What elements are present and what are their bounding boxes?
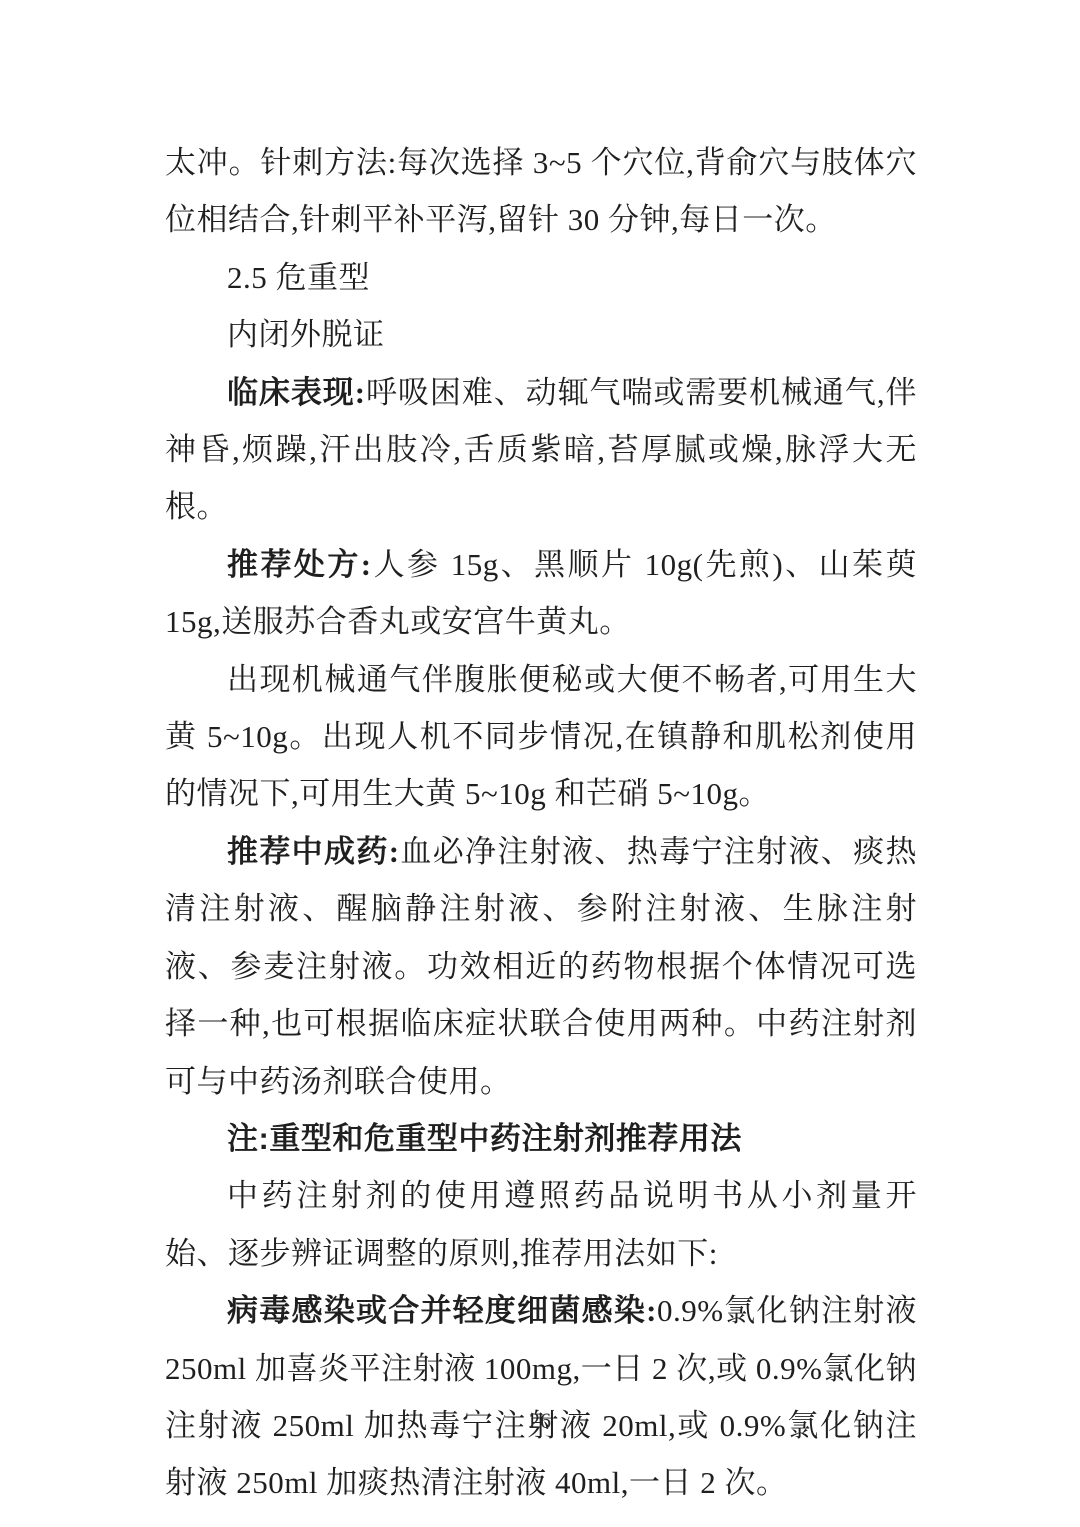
heading-text: 注:重型和危重型中药注射剂推荐用法 xyxy=(227,1121,742,1156)
paragraph-text: 中药注射剂的使用遵照药品说明书从小剂量开始、逐步辨证调整的原则,推荐用法如下: xyxy=(165,1178,917,1270)
paragraph-label: 病毒感染或合并轻度细菌感染: xyxy=(227,1293,657,1328)
page-number: 26 xyxy=(0,1408,1080,1434)
paragraph-text: 太冲。针刺方法:每次选择 3~5 个穴位,背俞穴与肢体穴位相结合,针刺平补平泻,… xyxy=(165,145,917,237)
paragraph-mechanical-ventilation-note: 出现机械通气伴腹胀便秘或大便不畅者,可用生大黄 5~10g。出现人机不同步情况,… xyxy=(165,651,917,823)
heading-text: 内闭外脱证 xyxy=(227,317,385,352)
heading-critical-type: 2.5 危重型 xyxy=(165,249,917,306)
heading-syndrome: 内闭外脱证 xyxy=(165,306,917,363)
paragraph-label: 推荐处方: xyxy=(227,547,372,582)
paragraph-label: 推荐中成药: xyxy=(227,834,400,869)
paragraph-injection-usage-principle: 中药注射剂的使用遵照药品说明书从小剂量开始、逐步辨证调整的原则,推荐用法如下: xyxy=(165,1167,917,1282)
page-body: 太冲。针刺方法:每次选择 3~5 个穴位,背俞穴与肢体穴位相结合,针刺平补平泻,… xyxy=(165,134,917,1512)
paragraph-acupuncture-continuation: 太冲。针刺方法:每次选择 3~5 个穴位,背俞穴与肢体穴位相结合,针刺平补平泻,… xyxy=(165,134,917,249)
paragraph-text: 出现机械通气伴腹胀便秘或大便不畅者,可用生大黄 5~10g。出现人机不同步情况,… xyxy=(165,662,917,812)
heading-injection-usage-note: 注:重型和危重型中药注射剂推荐用法 xyxy=(165,1110,917,1167)
paragraph-viral-infection-dosage: 病毒感染或合并轻度细菌感染:0.9%氯化钠注射液 250ml 加喜炎平注射液 1… xyxy=(165,1282,917,1512)
heading-text: 2.5 危重型 xyxy=(227,260,370,295)
paragraph-clinical-manifestation: 临床表现:呼吸困难、动辄气喘或需要机械通气,伴神昏,烦躁,汗出肢冷,舌质紫暗,苔… xyxy=(165,364,917,536)
paragraph-label: 临床表现: xyxy=(227,375,366,410)
paragraph-recommended-patent-medicine: 推荐中成药:血必净注射液、热毒宁注射液、痰热清注射液、醒脑静注射液、参附注射液、… xyxy=(165,823,917,1110)
paragraph-recommended-prescription: 推荐处方:人参 15g、黑顺片 10g(先煎)、山茱萸 15g,送服苏合香丸或安… xyxy=(165,536,917,651)
document-page: 太冲。针刺方法:每次选择 3~5 个穴位,背俞穴与肢体穴位相结合,针刺平补平泻,… xyxy=(0,0,1080,1527)
paragraph-text: 血必净注射液、热毒宁注射液、痰热清注射液、醒脑静注射液、参附注射液、生脉注射液、… xyxy=(165,834,917,1099)
